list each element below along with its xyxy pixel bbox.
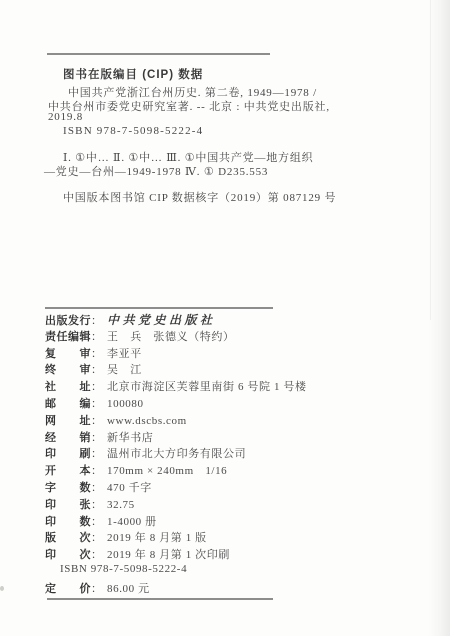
row-label: 社 址: [45, 378, 91, 394]
divider-top: [47, 53, 270, 55]
row-label: 出版发行: [45, 312, 91, 328]
colophon-row-final-reviewer: 终 审：吴 江: [45, 361, 385, 378]
price-value: 86.00 元: [107, 580, 150, 596]
row-value: 470 千字: [107, 479, 152, 495]
row-value: 1-4000 册: [107, 513, 157, 529]
divider-middle: [45, 307, 273, 309]
row-value: 北京市海淀区芙蓉里南街 6 号院 1 号楼: [107, 378, 307, 394]
colophon-row-price: 定 价：86.00 元: [45, 580, 385, 597]
row-label: 印 次: [45, 546, 91, 562]
row-label: 经 销: [45, 429, 91, 445]
row-value: 2019 年 8 月第 1 版: [107, 529, 207, 545]
row-label: 印 数: [45, 513, 91, 529]
colophon-row-postcode: 邮 编：100080: [45, 395, 385, 412]
colophon-row-format: 开 本：170mm × 240mm 1/16: [45, 462, 385, 479]
row-label: 开 本: [45, 462, 91, 478]
isbn-number: ISBN 978-7-5098-5222-4: [60, 563, 187, 575]
colophon-row-printrun: 印 数：1-4000 册: [45, 513, 385, 530]
row-colon: ：: [91, 378, 102, 394]
row-label: 印 张: [45, 496, 91, 512]
row-colon: ：: [91, 445, 102, 461]
cip-isbn-line: ISBN 978-7-5098-5222-4: [63, 125, 203, 137]
colophon-row-website: 网 址：www.dscbs.com: [45, 412, 385, 429]
row-label: 印 刷: [45, 445, 91, 461]
row-label: 复 审: [45, 345, 91, 361]
row-colon: ：: [91, 312, 102, 328]
colophon-row-edition: 版 次：2019 年 8 月第 1 版: [45, 529, 385, 546]
row-value: 吴 江: [107, 361, 142, 377]
colophon-row-sheets: 印 张：32.75: [45, 496, 385, 513]
row-label: 定 价: [45, 580, 91, 596]
cip-title-line-3: 2019.8: [48, 111, 83, 123]
row-colon: ：: [91, 529, 102, 545]
cip-title-line-2: 中共台州市委党史研究室著. -- 北京 : 中共党史出版社,: [48, 98, 330, 114]
colophon-row-address: 社 址：北京市海淀区芙蓉里南街 6 号院 1 号楼: [45, 378, 385, 395]
colophon-row-reviewer: 复 审：李亚平: [45, 345, 385, 362]
publisher-logotype: 中共党史出版社: [107, 311, 216, 328]
row-value: 100080: [107, 398, 144, 410]
scan-artifact: [0, 586, 4, 591]
row-colon: ：: [91, 496, 102, 512]
cip-class-line-2: —党史—台州—1949-1978 Ⅳ. ① D235.553: [44, 163, 268, 179]
row-colon: ：: [91, 513, 102, 529]
website-url: www.dscbs.com: [107, 415, 187, 427]
row-colon: ：: [91, 328, 102, 344]
row-value: 2019 年 8 月第 1 次印刷: [107, 546, 230, 562]
colophon-row-printer: 印 刷：温州市北大方印务有限公司: [45, 445, 385, 462]
row-colon: ：: [91, 462, 102, 478]
row-value: 温州市北大方印务有限公司: [107, 445, 246, 461]
row-colon: ：: [91, 429, 102, 445]
row-label: 网 址: [45, 412, 91, 428]
scan-edge-shadow: [428, 0, 450, 636]
row-label: 邮 编: [45, 395, 91, 411]
row-value: 李亚平: [107, 345, 142, 361]
colophon-row-impression: 印 次：2019 年 8 月第 1 次印刷: [45, 546, 385, 563]
row-value: 170mm × 240mm 1/16: [107, 462, 227, 478]
row-colon: ：: [91, 345, 102, 361]
colophon-row-wordcount: 字 数：470 千字: [45, 479, 385, 496]
row-value: 王 兵 张德义（特约）: [107, 328, 235, 344]
row-label: 终 审: [45, 361, 91, 377]
row-value: 新华书店: [107, 429, 153, 445]
row-label: 责任编辑: [45, 328, 91, 344]
colophon-row-isbn: ISBN 978-7-5098-5222-4: [45, 563, 385, 580]
colophon-row-publisher: 出版发行：中共党史出版社: [45, 311, 385, 328]
copyright-page: 图书在版编目 (CIP) 数据 中国共产党浙江台州历史. 第二卷, 1949—1…: [0, 0, 450, 636]
row-colon: ：: [91, 580, 102, 596]
cip-heading: 图书在版编目 (CIP) 数据: [63, 66, 203, 82]
colophon-row-distributor: 经 销：新华书店: [45, 429, 385, 446]
colophon-block: 出版发行：中共党史出版社 责任编辑：王 兵 张德义（特约） 复 审：李亚平 终 …: [45, 311, 385, 597]
row-colon: ：: [91, 479, 102, 495]
divider-bottom: [47, 598, 273, 600]
cip-record-number: 中国版本图书馆 CIP 数据核字（2019）第 087129 号: [63, 189, 336, 205]
row-colon: ：: [91, 361, 102, 377]
row-label: 字 数: [45, 479, 91, 495]
row-colon: ：: [91, 412, 102, 428]
colophon-row-editor: 责任编辑：王 兵 张德义（特约）: [45, 328, 385, 345]
row-colon: ：: [91, 395, 102, 411]
row-colon: ：: [91, 546, 102, 562]
row-label: 版 次: [45, 529, 91, 545]
row-value: 32.75: [107, 499, 135, 511]
